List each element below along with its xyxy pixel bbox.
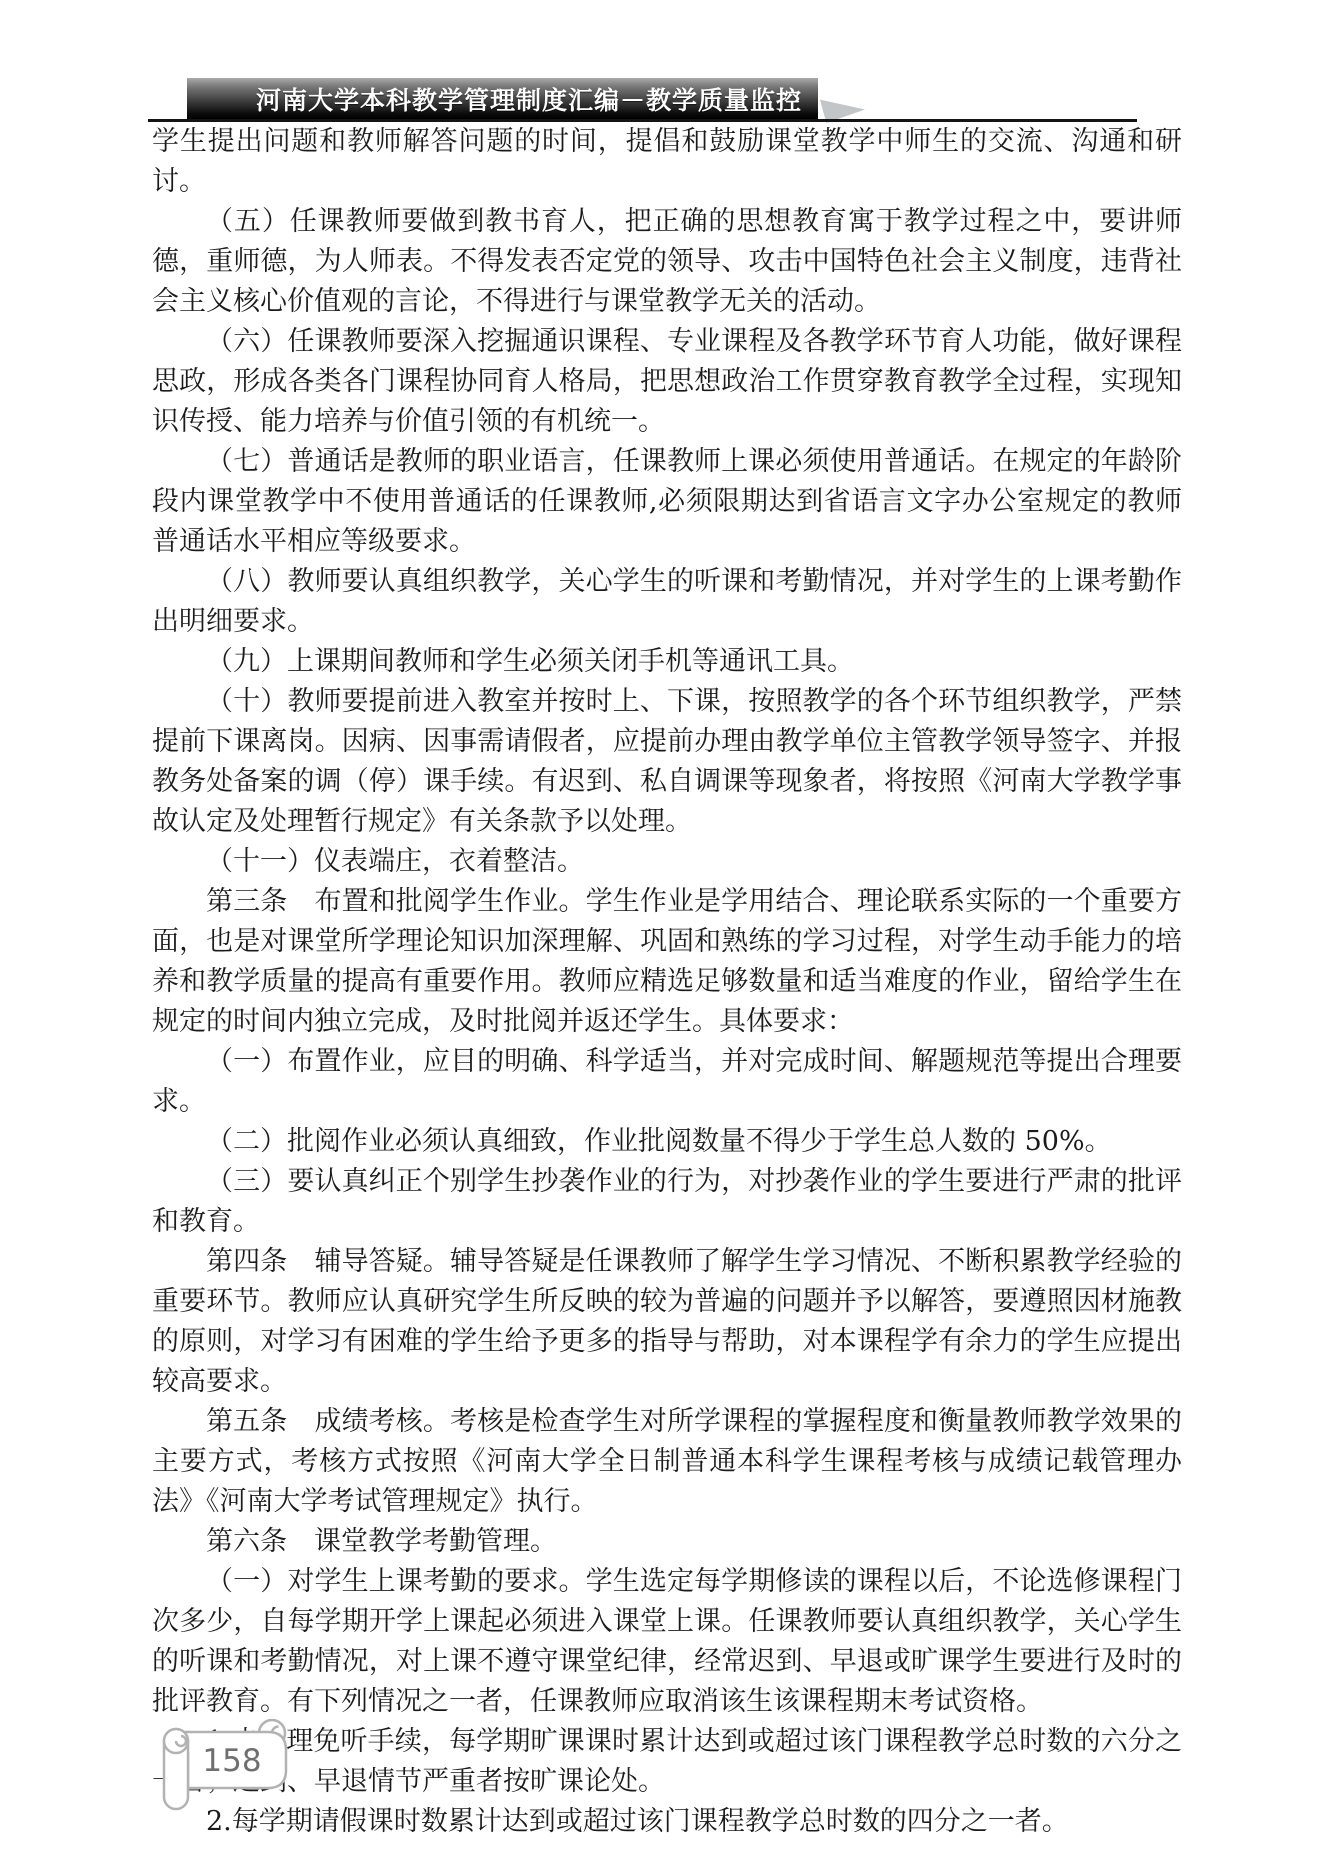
paragraph: （三）要认真纠正个别学生抄袭作业的行为，对抄袭作业的学生要进行严肃的批评和教育。 (152, 1162, 1182, 1242)
page-number-scroll-icon: 158 (146, 1708, 296, 1812)
document-body: 学生提出问题和教师解答问题的时间，提倡和鼓励课堂教学中师生的交流、沟通和研讨。（… (152, 122, 1182, 1842)
banner-title: 河南大学本科教学管理制度汇编－教学质量监控 (256, 81, 802, 117)
paragraph: （二）批阅作业必须认真细致，作业批阅数量不得少于学生总人数的 50%。 (152, 1122, 1182, 1162)
paragraph: 2.每学期请假课时数累计达到或超过该门课程教学总时数的四分之一者。 (152, 1802, 1182, 1842)
paragraph: （一）布置作业，应目的明确、科学适当，并对完成时间、解题规范等提出合理要求。 (152, 1042, 1182, 1122)
paragraph: 第五条 成绩考核。考核是检查学生对所学课程的掌握程度和衡量教师教学效果的主要方式… (152, 1402, 1182, 1522)
paragraph: 第三条 布置和批阅学生作业。学生作业是学用结合、理论联系实际的一个重要方面，也是… (152, 882, 1182, 1042)
paragraph: （五）任课教师要做到教书育人，把正确的思想教育寓于教学过程之中，要讲师德，重师德… (152, 202, 1182, 322)
page-number: 158 (202, 1743, 261, 1779)
paragraph: （八）教师要认真组织教学，关心学生的听课和考勤情况，并对学生的上课考勤作出明细要… (152, 562, 1182, 642)
paragraph: （一）对学生上课考勤的要求。学生选定每学期修读的课程以后，不论选修课程门次多少，… (152, 1562, 1182, 1722)
paragraph: （十一）仪表端庄，衣着整洁。 (152, 842, 1182, 882)
paragraph: （七）普通话是教师的职业语言，任课教师上课必须使用普通话。在规定的年龄阶段内课堂… (152, 442, 1182, 562)
paragraph: 第四条 辅导答疑。辅导答疑是任课教师了解学生学习情况、不断积累教学经验的重要环节… (152, 1242, 1182, 1402)
paragraph: （六）任课教师要深入挖掘通识课程、专业课程及各教学环节育人功能，做好课程思政，形… (152, 322, 1182, 442)
paragraph: （十）教师要提前进入教室并按时上、下课，按照教学的各个环节组织教学，严禁提前下课… (152, 682, 1182, 842)
paragraph: 第六条 课堂教学考勤管理。 (152, 1522, 1182, 1562)
header-banner: 河南大学本科教学管理制度汇编－教学质量监控 (187, 78, 818, 119)
paragraph: 1.未办理免听手续，每学期旷课课时累计达到或超过该门课程教学总时数的六分之一者；… (152, 1722, 1182, 1802)
paragraph: （九）上课期间教师和学生必须关闭手机等通讯工具。 (152, 642, 1182, 682)
paragraph: 学生提出问题和教师解答问题的时间，提倡和鼓励课堂教学中师生的交流、沟通和研讨。 (152, 122, 1182, 202)
